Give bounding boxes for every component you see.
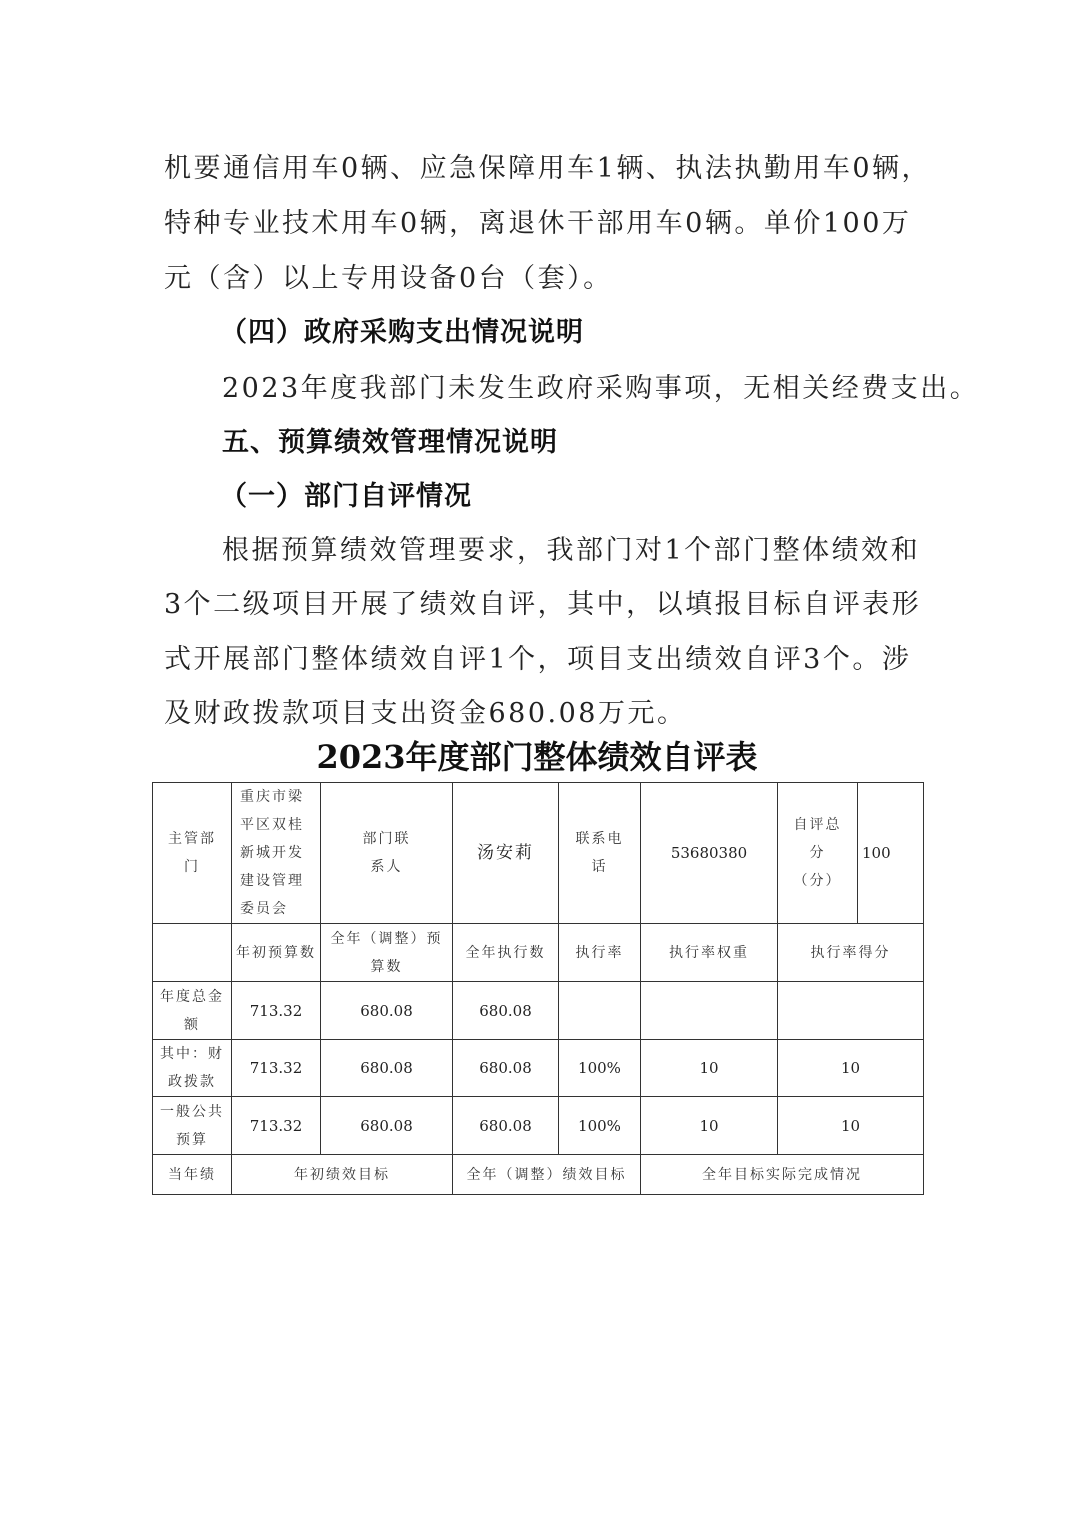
dept-value: 重庆市梁平区双桂新城开发建设管理委员会: [232, 783, 321, 924]
phone-value: 53680380: [641, 783, 778, 924]
cell-initial: 713.32: [232, 1097, 321, 1155]
text-line: 式开展部门整体绩效自评1个，项目支出绩效自评3个。涉: [164, 637, 911, 676]
cell-executed: 680.08: [453, 1040, 559, 1097]
cell-executed: 680.08: [453, 982, 559, 1040]
header-cell: 全年（调整）预算数: [321, 924, 453, 982]
actual-completion-header: 全年目标实际完成情况: [641, 1155, 924, 1195]
row-label: 一般公共预算: [153, 1097, 232, 1155]
paragraph-procurement: 2023年度我部门未发生政府采购事项，无相关经费支出。: [222, 366, 979, 405]
section-heading-self-eval: （一）部门自评情况: [220, 474, 472, 513]
cell-initial: 713.32: [232, 1040, 321, 1097]
score-label: 自评总分（分）: [778, 783, 858, 924]
cell-weight: 10: [641, 1040, 778, 1097]
cell-score: 10: [778, 1040, 924, 1097]
text-line: 根据预算绩效管理要求，我部门对1个部门整体绩效和: [222, 528, 920, 567]
cell-weight: 10: [641, 1097, 778, 1155]
section-heading-performance: 五、预算绩效管理情况说明: [222, 420, 558, 459]
header-cell: 年初预算数: [232, 924, 321, 982]
initial-goal-header: 年初绩效目标: [232, 1155, 453, 1195]
table-row: 一般公共预算 713.32 680.08 680.08 100% 10 10: [153, 1097, 924, 1155]
cell-score: [778, 982, 924, 1040]
cell-rate: 100%: [559, 1097, 641, 1155]
adjusted-goal-header: 全年（调整）绩效目标: [453, 1155, 641, 1195]
goals-label: 当年绩: [153, 1155, 232, 1195]
row-label: 其中：财政拨款: [153, 1040, 232, 1097]
header-cell: 执行率: [559, 924, 641, 982]
text-line: 特种专业技术用车0辆，离退休干部用车0辆。单价100万: [164, 201, 911, 240]
table-header-row: 年初预算数 全年（调整）预算数 全年执行数 执行率 执行率权重 执行率得分: [153, 924, 924, 982]
text-line: 元（含）以上专用设备0台（套）。: [164, 256, 613, 295]
cell-adjusted: 680.08: [321, 1040, 453, 1097]
cell-score: 10: [778, 1097, 924, 1155]
cell-rate: [559, 982, 641, 1040]
text-line: 及财政拨款项目支出资金680.08万元。: [164, 691, 686, 730]
table-row: 年度总金额 713.32 680.08 680.08: [153, 982, 924, 1040]
self-eval-table: 主管部门 重庆市梁平区双桂新城开发建设管理委员会 部门联系人 汤安莉 联系电话 …: [152, 782, 924, 1195]
cell-executed: 680.08: [453, 1097, 559, 1155]
header-cell: 执行率得分: [778, 924, 924, 982]
cell-rate: 100%: [559, 1040, 641, 1097]
row-label: 年度总金额: [153, 982, 232, 1040]
contact-value: 汤安莉: [453, 783, 559, 924]
table-row-goals: 当年绩 年初绩效目标 全年（调整）绩效目标 全年目标实际完成情况: [153, 1155, 924, 1195]
contact-label: 部门联系人: [321, 783, 453, 924]
dept-label: 主管部门: [153, 783, 232, 924]
header-cell: 执行率权重: [641, 924, 778, 982]
table-title: 2023年度部门整体绩效自评表: [0, 732, 1074, 778]
text-line: 机要通信用车0辆、应急保障用车1辆、执法执勤用车0辆，: [164, 146, 931, 185]
score-value: 100: [858, 783, 924, 924]
cell-adjusted: 680.08: [321, 1097, 453, 1155]
cell-initial: 713.32: [232, 982, 321, 1040]
header-cell: 全年执行数: [453, 924, 559, 982]
text-line: 3个二级项目开展了绩效自评，其中，以填报目标自评表形: [164, 582, 921, 621]
phone-label: 联系电话: [559, 783, 641, 924]
header-cell: [153, 924, 232, 982]
table-row-header-info: 主管部门 重庆市梁平区双桂新城开发建设管理委员会 部门联系人 汤安莉 联系电话 …: [153, 783, 924, 924]
cell-weight: [641, 982, 778, 1040]
cell-adjusted: 680.08: [321, 982, 453, 1040]
section-heading-procurement: （四）政府采购支出情况说明: [220, 310, 584, 349]
table-row: 其中：财政拨款 713.32 680.08 680.08 100% 10 10: [153, 1040, 924, 1097]
